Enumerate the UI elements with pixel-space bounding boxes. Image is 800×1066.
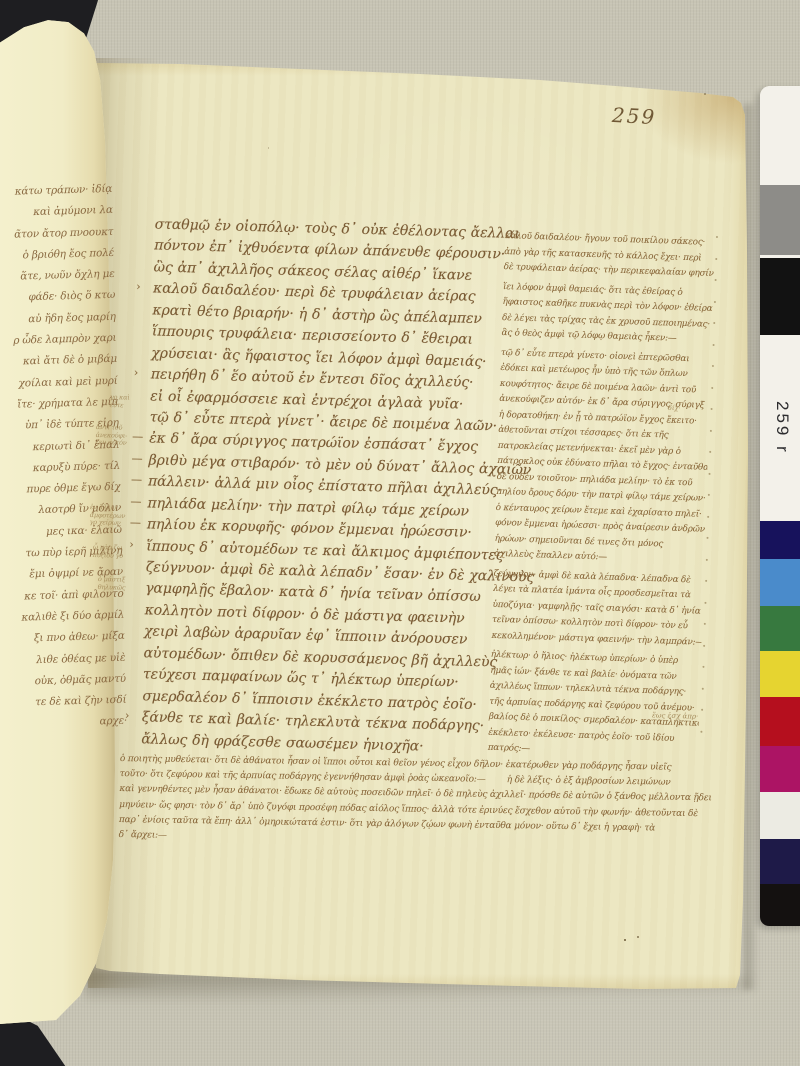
color-bar-segment xyxy=(760,559,800,606)
pricking-hole xyxy=(714,300,716,302)
pricking-hole xyxy=(709,451,711,453)
shelfmark-label: 259 r xyxy=(760,335,800,521)
color-bar-segment xyxy=(760,792,800,839)
color-bar-segment xyxy=(760,651,800,697)
margin-note: δίχ· xyxy=(668,404,681,412)
pricking-hole xyxy=(715,257,717,259)
pricking-hole xyxy=(711,408,713,410)
pricking-hole xyxy=(705,580,707,582)
color-bar-segment xyxy=(760,746,800,792)
pricking-hole xyxy=(716,236,718,238)
marginal-gloss: γρ καὶεὖτε xyxy=(110,394,130,410)
critical-sign: — xyxy=(131,452,148,465)
critical-sign: — xyxy=(130,516,147,529)
critical-sign: › xyxy=(134,366,151,379)
color-bar-segment xyxy=(760,86,800,185)
text-fragment: φάδε· διὸς ὅ κτω xyxy=(3,285,116,309)
parchment-speck xyxy=(637,936,639,938)
pricking-hole xyxy=(715,279,717,281)
pricking-hole xyxy=(711,386,713,388)
marginal-scholia-column: καλοῦ δαιδαλέου· ἤγουν τοῦ ποικίλου σάκε… xyxy=(488,229,715,763)
color-bar-segment xyxy=(760,884,800,926)
pricking-hole xyxy=(706,537,708,539)
pricking-hole xyxy=(701,709,703,711)
pricking-hole xyxy=(704,623,706,625)
color-bar-segment xyxy=(760,258,800,335)
pricking-hole xyxy=(713,322,715,324)
gloss-line: εὖτε xyxy=(110,402,130,410)
color-bar-segment xyxy=(760,185,800,255)
parchment-speck xyxy=(268,147,269,149)
gloss-line: πυξίου γο xyxy=(93,552,123,560)
manuscript-photo: κάτω τράπων· ἰδίᾳκαὶ ἀμύμονι λαᾶτον ἄτορ… xyxy=(0,0,800,1066)
critical-sign: — xyxy=(130,495,147,508)
critical-sign: › xyxy=(129,537,146,550)
text-fragment: αρχε· xyxy=(15,711,128,735)
parchment-speck xyxy=(624,939,626,941)
text-fragment: ξι πνο ἀθεω· μίξα xyxy=(12,626,125,650)
pricking-hole xyxy=(713,343,715,345)
gloss-line: γρ χείρων xyxy=(89,519,125,528)
pricking-hole xyxy=(703,644,705,646)
parchment-speck xyxy=(704,93,706,95)
marginal-gloss: ἀντὶ τοῦἀνεκούφι-ζεν αὐτόν xyxy=(95,424,127,448)
critical-sign: › xyxy=(136,280,153,293)
text-fragment: καὶ ἄτι δὲ ὁ μιβάμ xyxy=(5,349,118,373)
gloss-line: ζεν αὐτόν xyxy=(95,439,127,447)
pricking-hole xyxy=(702,687,704,689)
color-bar-segment xyxy=(760,839,800,884)
critical-sign: › xyxy=(125,709,142,722)
pricking-hole xyxy=(708,494,710,496)
pricking-hole xyxy=(700,730,702,732)
pricking-hole xyxy=(704,601,706,603)
text-fragment: ᾶτον ἄτορ πνοουκτ xyxy=(1,221,114,245)
pricking-hole xyxy=(710,429,712,431)
color-bar-segment xyxy=(760,697,800,746)
color-bar-segment xyxy=(760,521,800,559)
marginal-gloss: ἐν ἄλλῳἀμφοτέρωνγρ χείρων xyxy=(89,504,125,528)
pricking-hole xyxy=(702,666,704,668)
gloss-line: θηλυκῶς xyxy=(98,584,126,592)
pricking-hole xyxy=(709,472,711,474)
iliad-text-block: σταθμῷ ἐν οἰοπόλῳ· τοὺς δ᾽ οὐκ ἐθέλοντας… xyxy=(124,216,548,762)
pricking-hole xyxy=(707,515,709,517)
bottom-scholia-block: ὁ ποιητὴς μυθεύεται· ὅτι δὲ ἀθάνατοι ἦσα… xyxy=(119,752,726,853)
pricking-hole xyxy=(712,365,714,367)
pricking-hole xyxy=(706,558,708,560)
critical-sign: — xyxy=(131,473,148,486)
critical-sign: — xyxy=(132,430,149,443)
text-fragment: λιθε ὀθέας με υἱὲ xyxy=(13,647,126,671)
text-fragment: καὶ ἀμύμονι λα xyxy=(1,200,114,224)
folio-number: 259 xyxy=(611,103,656,129)
color-bar-segment xyxy=(760,606,800,651)
margin-note: ἕως ἐσχ ἀπρ· xyxy=(652,711,698,720)
marginal-gloss: ὁ μάστιξθηλυκῶς xyxy=(98,576,126,592)
facing-page-text-fragments: κάτω τράπων· ἰδίᾳκαὶ ἀμύμονι λαᾶτον ἄτορ… xyxy=(0,179,136,736)
marginal-gloss: ὦ μὰρ ζωπυξίου γο xyxy=(93,544,124,560)
